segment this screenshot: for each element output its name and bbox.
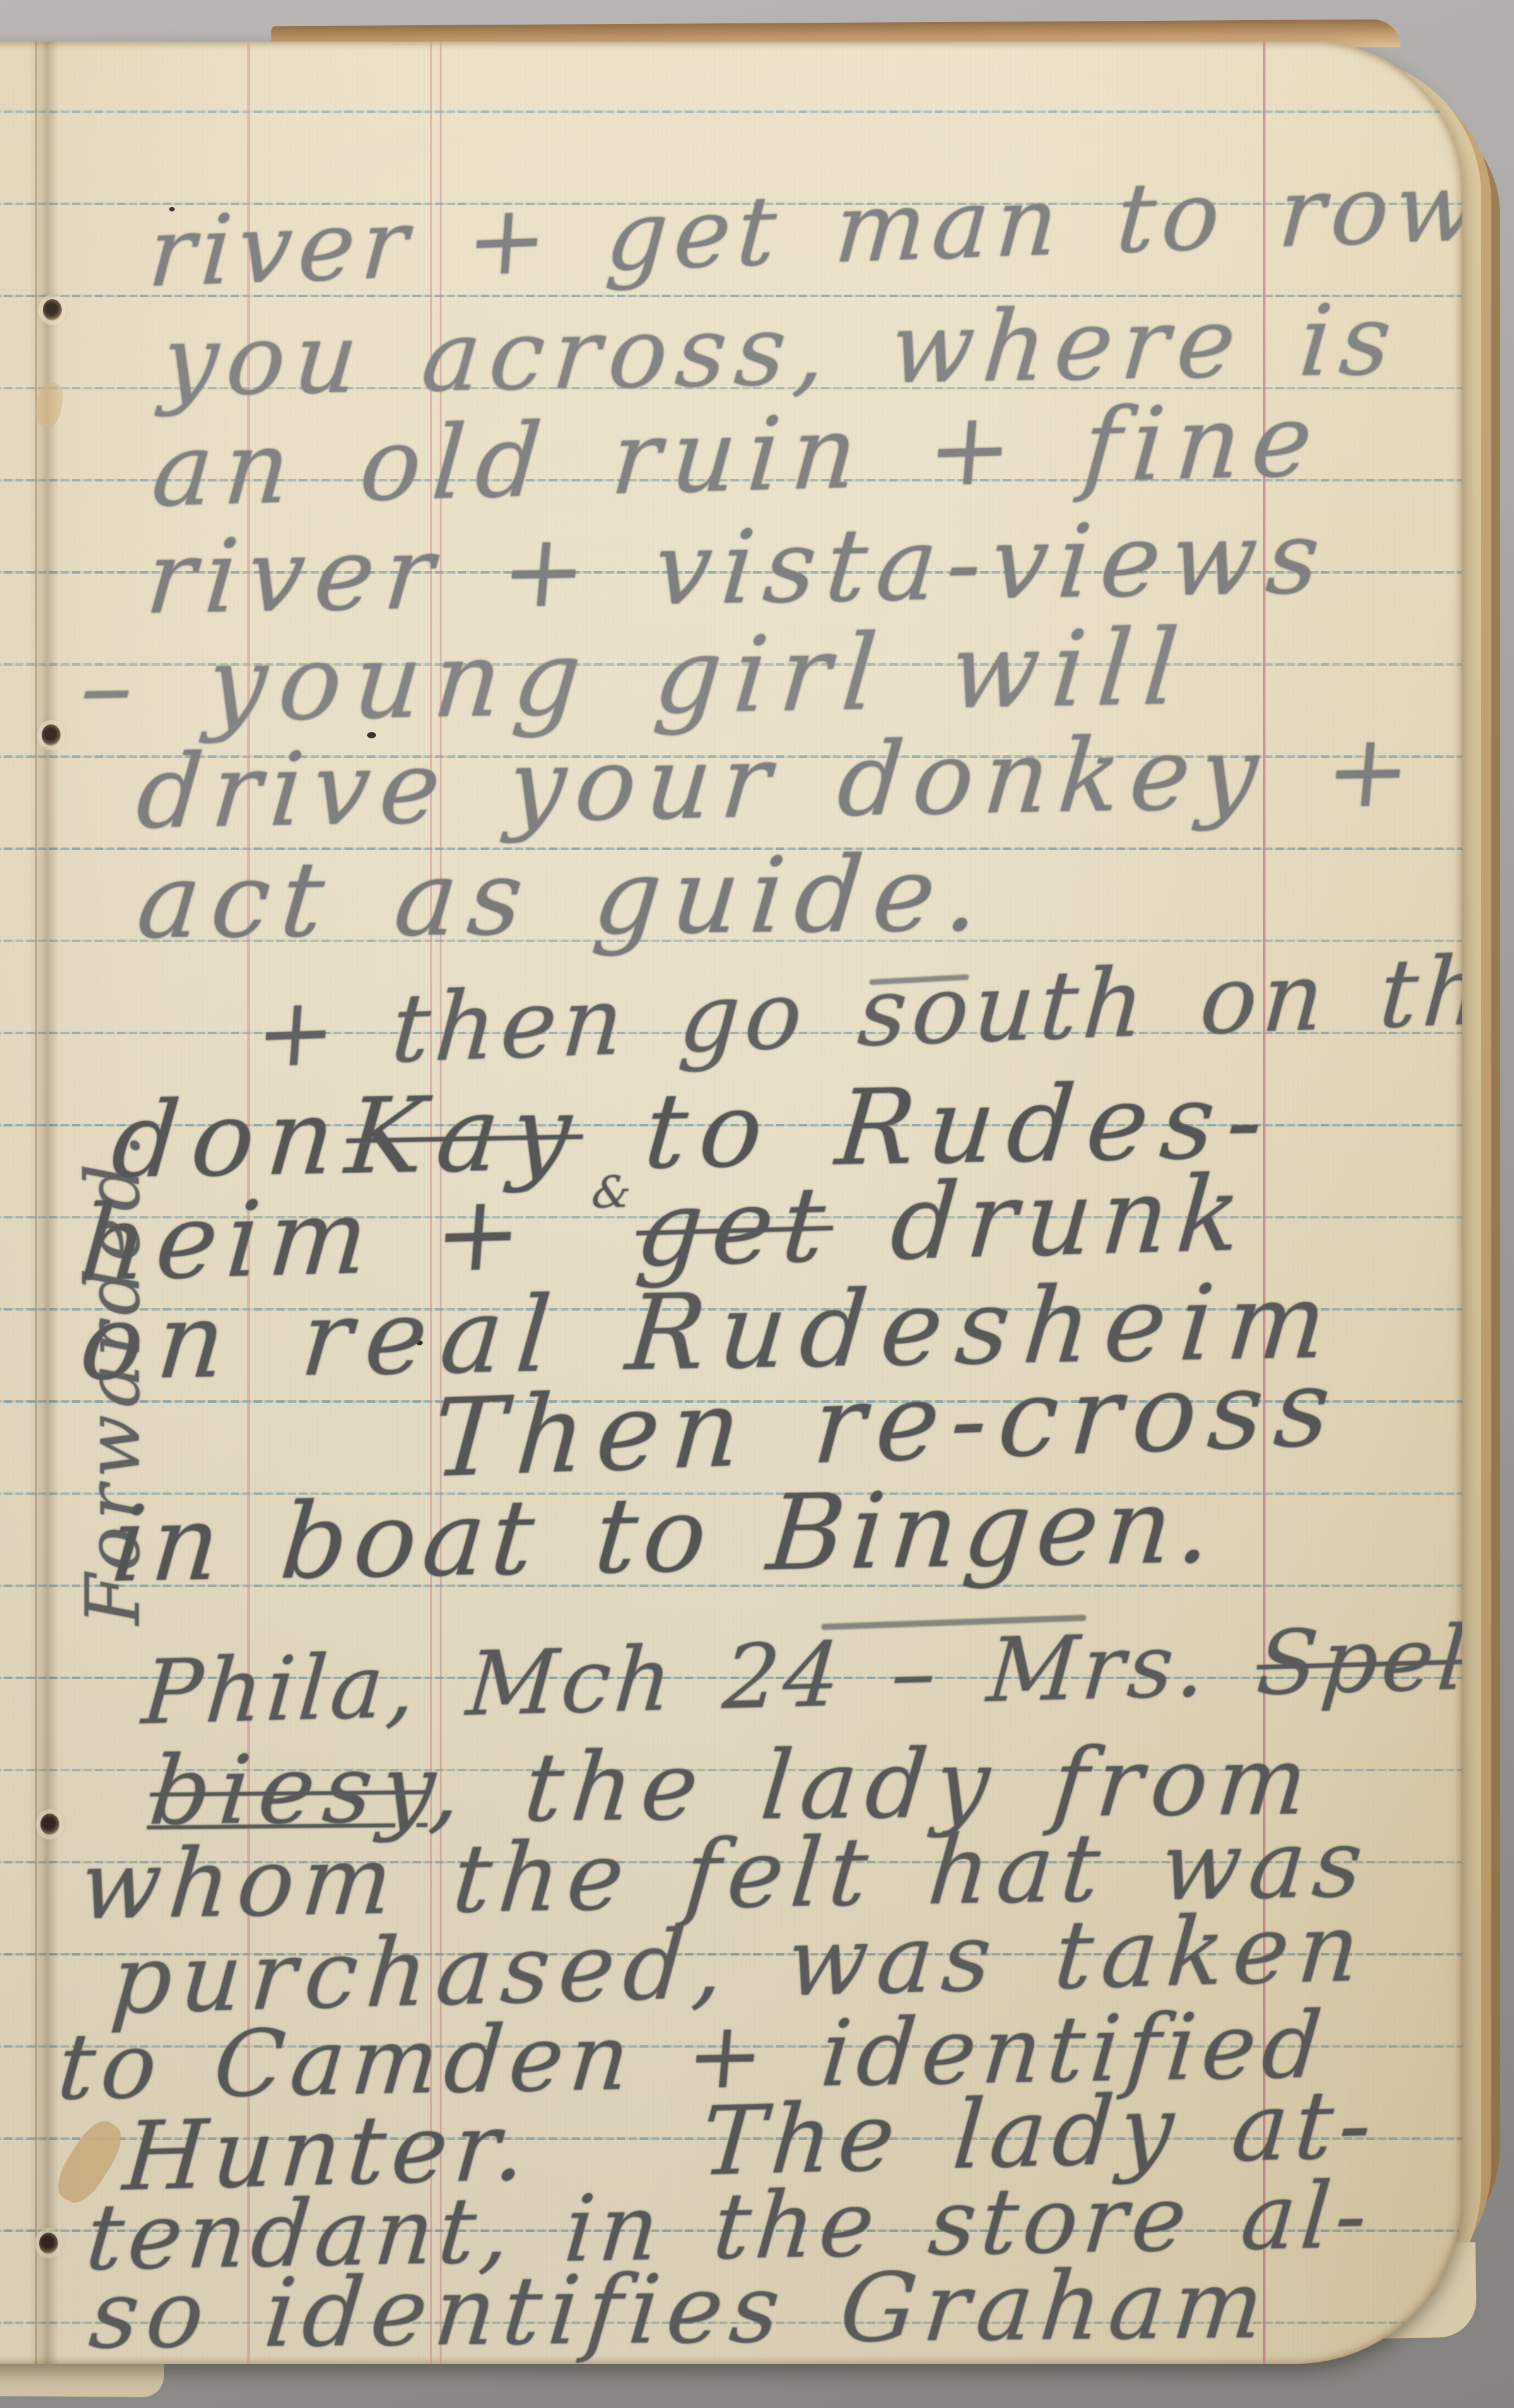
handwritten-line: in boat to Bingen. [107, 1465, 1223, 1605]
binding-crease-line [35, 42, 37, 2364]
handwritten-segment: Spel- [1253, 1606, 1462, 1716]
notebook-page: Forwarded. river + get man to rowyou acr… [0, 42, 1462, 2364]
handwritten-segment: act as guide. [132, 833, 997, 962]
binding-hole [39, 2233, 58, 2254]
handwritten-segment: drive your donkey + [132, 711, 1426, 851]
handwritten-segment: Phila, Mch 24 – Mrs. [139, 1612, 1261, 1745]
binding-hole [43, 299, 62, 321]
ruled-line [0, 110, 1462, 113]
handwritten-line: so identifies Graham [85, 2250, 1276, 2364]
binding-hole [40, 1814, 59, 1835]
notebook-photo: Forwarded. river + get man to rowyou acr… [0, 0, 1514, 2408]
handwritten-segment: so identifies Graham [85, 2250, 1276, 2364]
handwritten-line: act as guide. [132, 833, 997, 962]
handwritten-segment: & [590, 1166, 642, 1218]
handwritten-segment: in boat to Bingen. [107, 1465, 1223, 1605]
handwritten-line: drive your donkey + [132, 711, 1426, 851]
binding-hole [42, 724, 61, 746]
